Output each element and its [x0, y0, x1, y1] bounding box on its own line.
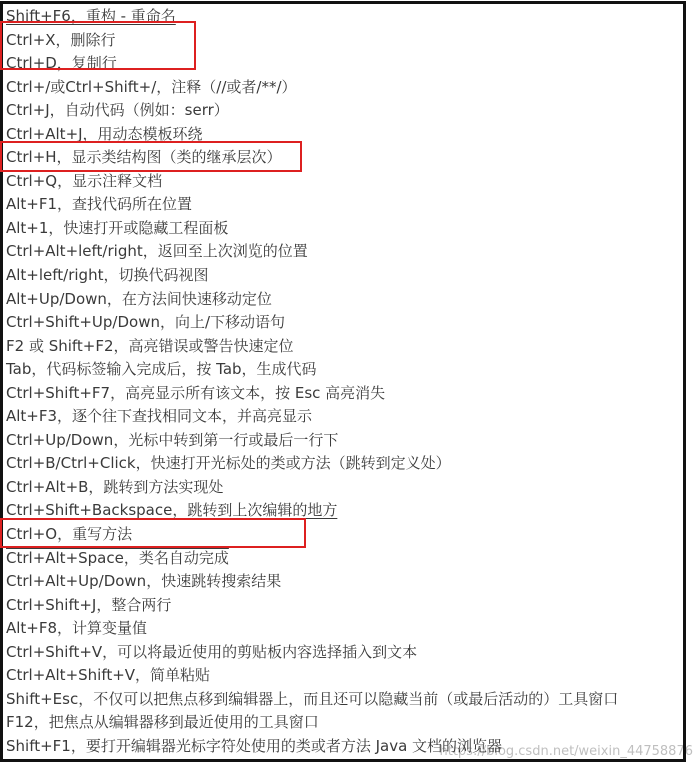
- shortcut-text: Alt+F1，查找代码所在位置: [6, 195, 192, 213]
- shortcut-row: Alt+1，快速打开或隐藏工程面板: [6, 217, 683, 241]
- shortcut-text: Shift+Esc，不仅可以把焦点移到编辑器上，而且还可以隐藏当前（或最后活动的…: [6, 690, 618, 708]
- shortcut-row: Ctrl+Shift+V，可以将最近使用的剪贴板内容选择插入到文本: [6, 641, 683, 665]
- shortcut-text: Alt+Up/Down，在方法间快速移动定位: [6, 290, 272, 308]
- shortcut-row: Alt+Up/Down，在方法间快速移动定位: [6, 288, 683, 312]
- shortcut-table-frame: Shift+F6，重构 - 重命名Ctrl+X，删除行Ctrl+D，复制行Ctr…: [0, 1, 686, 762]
- shortcut-row: Ctrl+Shift+F7，高亮显示所有该文本，按 Esc 高亮消失: [6, 382, 683, 406]
- shortcut-text: Ctrl+Alt+Up/Down，快速跳转搜索结果: [6, 572, 281, 590]
- shortcut-text: Shift+F1，要打开编辑器光标字符处使用的类或者方法 Java 文档的浏览器: [6, 737, 502, 755]
- shortcut-row: Ctrl+Shift+J，整合两行: [6, 594, 683, 618]
- shortcut-row: F12，把焦点从编辑器移到最近使用的工具窗口: [6, 711, 683, 735]
- shortcut-text: Ctrl+B/Ctrl+Click，快速打开光标处的类或方法（跳转到定义处）: [6, 454, 451, 472]
- shortcut-text: Ctrl+Alt+left/right，返回至上次浏览的位置: [6, 242, 308, 260]
- shortcut-row: Ctrl+Alt+Space，类名自动完成: [6, 547, 683, 571]
- shortcut-text: Ctrl+Up/Down，光标中转到第一行或最后一行下: [6, 431, 338, 449]
- shortcut-text: Ctrl+Alt+B，跳转到方法实现处: [6, 478, 223, 496]
- shortcut-text: Ctrl+Shift+V，可以将最近使用的剪贴板内容选择插入到文本: [6, 643, 417, 661]
- highlight-box: [0, 518, 306, 548]
- shortcut-row: F2 或 Shift+F2，高亮错误或警告快速定位: [6, 335, 683, 359]
- shortcut-row: Alt+F8，计算变量值: [6, 617, 683, 641]
- shortcut-text: Ctrl+Shift+F7，高亮显示所有该文本，按 Esc 高亮消失: [6, 384, 385, 402]
- highlight-box: [0, 21, 196, 70]
- shortcut-row: Ctrl+Alt+left/right，返回至上次浏览的位置: [6, 240, 683, 264]
- shortcut-row: Tab，代码标签输入完成后，按 Tab，生成代码: [6, 358, 683, 382]
- shortcut-text: Ctrl+Alt+Space，类名自动完成: [6, 549, 229, 567]
- shortcut-list: Shift+F6，重构 - 重命名Ctrl+X，删除行Ctrl+D，复制行Ctr…: [3, 4, 683, 759]
- highlight-box: [0, 141, 302, 172]
- shortcut-text: Alt+1，快速打开或隐藏工程面板: [6, 219, 228, 237]
- shortcut-text: Ctrl+Alt+Shift+V，简单粘贴: [6, 666, 210, 684]
- shortcut-text: Ctrl+Shift+Up/Down，向上/下移动语句: [6, 313, 285, 331]
- shortcut-text: Ctrl+/或Ctrl+Shift+/，注释（//或者/**/）: [6, 78, 297, 96]
- shortcut-text: F2 或 Shift+F2，高亮错误或警告快速定位: [6, 337, 294, 355]
- shortcut-row: Shift+F1，要打开编辑器光标字符处使用的类或者方法 Java 文档的浏览器: [6, 735, 683, 759]
- shortcut-text: Ctrl+Q，显示注释文档: [6, 172, 162, 190]
- shortcut-row: Ctrl+J，自动代码（例如：serr）: [6, 99, 683, 123]
- shortcut-text: Ctrl+J，自动代码（例如：serr）: [6, 101, 229, 119]
- shortcut-text: Ctrl+Shift+J，整合两行: [6, 596, 171, 614]
- shortcut-row: Ctrl+Q，显示注释文档: [6, 170, 683, 194]
- shortcut-row: Ctrl+Shift+Up/Down，向上/下移动语句: [6, 311, 683, 335]
- shortcut-row: Alt+left/right，切换代码视图: [6, 264, 683, 288]
- shortcut-text: Ctrl+Shift+Backspace，跳转到上次编辑的地方: [6, 501, 337, 519]
- shortcut-row: Ctrl+B/Ctrl+Click，快速打开光标处的类或方法（跳转到定义处）: [6, 452, 683, 476]
- shortcut-text: Alt+left/right，切换代码视图: [6, 266, 208, 284]
- shortcut-text: Alt+F8，计算变量值: [6, 619, 147, 637]
- shortcut-text: F12，把焦点从编辑器移到最近使用的工具窗口: [6, 713, 319, 731]
- shortcut-row: Shift+Esc，不仅可以把焦点移到编辑器上，而且还可以隐藏当前（或最后活动的…: [6, 688, 683, 712]
- shortcut-row: Ctrl+/或Ctrl+Shift+/，注释（//或者/**/）: [6, 76, 683, 100]
- shortcut-text: Tab，代码标签输入完成后，按 Tab，生成代码: [6, 360, 317, 378]
- shortcut-row: Alt+F3，逐个往下查找相同文本，并高亮显示: [6, 405, 683, 429]
- shortcut-text: Alt+F3，逐个往下查找相同文本，并高亮显示: [6, 407, 312, 425]
- shortcut-row: Ctrl+Up/Down，光标中转到第一行或最后一行下: [6, 429, 683, 453]
- shortcut-row: Ctrl+Alt+Shift+V，简单粘贴: [6, 664, 683, 688]
- shortcut-row: Alt+F1，查找代码所在位置: [6, 193, 683, 217]
- shortcut-row: Ctrl+Alt+Up/Down，快速跳转搜索结果: [6, 570, 683, 594]
- shortcut-row: Ctrl+Alt+B，跳转到方法实现处: [6, 476, 683, 500]
